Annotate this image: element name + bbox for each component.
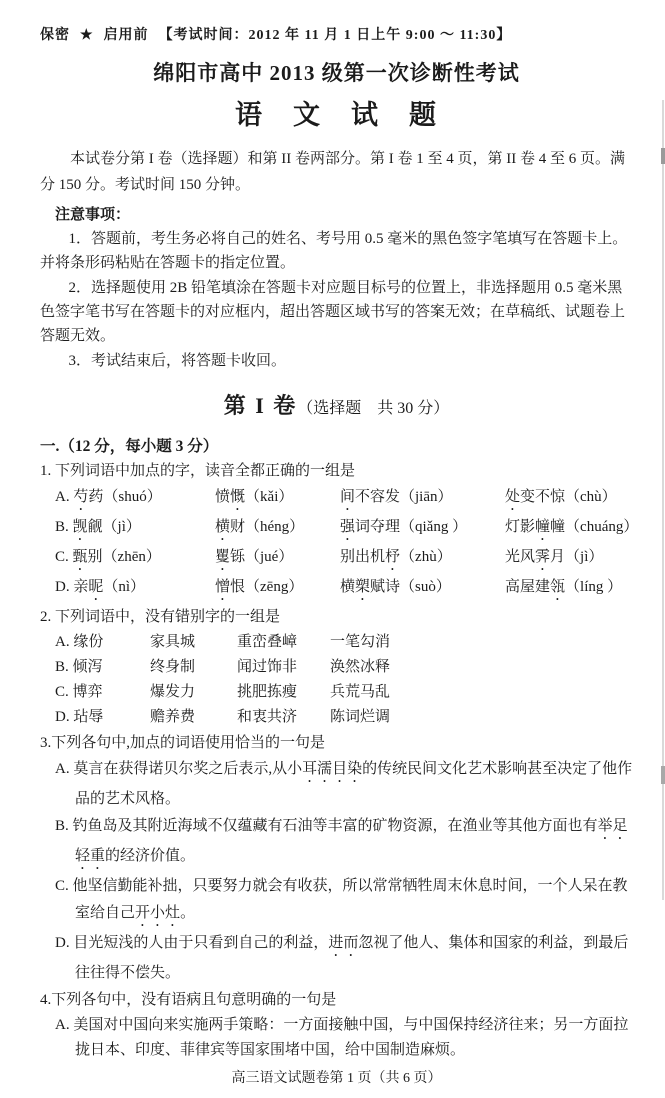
part-heading: 一.（12 分，每小题 3 分） bbox=[40, 436, 633, 458]
exam-time: 【考试时间：2012 年 11 月 1 日上午 9:00 ～ 11:30】 bbox=[159, 28, 512, 43]
scan-mark-artifact bbox=[661, 766, 665, 784]
choice-cell: 横财（héng） bbox=[215, 514, 340, 544]
choice-cell: 兵荒马乱 bbox=[330, 680, 633, 705]
notices-heading: 注意事项： bbox=[55, 204, 633, 226]
choice-cell: 憎恨（zēng） bbox=[215, 574, 340, 604]
choice-cell: 别出机杼（zhù） bbox=[340, 544, 505, 574]
exam-page: 保密★启用前【考试时间：2012 年 11 月 1 日上午 9:00 ～ 11:… bbox=[0, 0, 665, 1089]
option-B: B. 钓鱼岛及其附近海域不仅蕴藏有石油等丰富的矿物资源，在渔业等其他方面也有举足… bbox=[40, 813, 633, 873]
question-4-stem: 4.下列各句中，没有语病且句意明确的一句是 bbox=[40, 988, 633, 1013]
intro-paragraph: 本试卷分第 I 卷（选择题）和第 II 卷两部分。第 I 卷 1 至 4 页，第… bbox=[40, 146, 633, 198]
question-2: 2. 下列词语中，没有错别字的一组是 A. 缘份家具城重峦叠嶂一笔勾消B. 倾泻… bbox=[40, 605, 633, 730]
choice-cell: 光风霁月（jì） bbox=[505, 544, 633, 574]
option-D: D. 目光短浅的人由于只看到自己的利益，进而忽视了他人、集体和国家的利益，到最后… bbox=[40, 930, 633, 987]
choice-cell: 愤慨（kǎi） bbox=[215, 484, 340, 514]
star-icon: ★ bbox=[80, 28, 94, 43]
choice-cell: 终身制 bbox=[150, 655, 237, 680]
choice-cell: A. 缘份 bbox=[55, 630, 150, 655]
choice-cell: D. 亲昵（nì） bbox=[55, 574, 215, 604]
pre-use-label: 启用前 bbox=[104, 28, 149, 43]
question-3-stem: 3.下列各句中,加点的词语使用恰当的一句是 bbox=[40, 731, 633, 756]
option-label: B. bbox=[55, 818, 69, 834]
page-footer: 高三语文试题卷第 1 页（共 6 页） bbox=[40, 1069, 633, 1089]
choice-row-B: B. 倾泻终身制闻过饰非涣然冰释 bbox=[55, 655, 633, 680]
notice-item-3: 3．考试结束后，将答题卡收回。 bbox=[40, 349, 633, 373]
choice-cell: 陈词烂调 bbox=[330, 705, 633, 730]
choice-row-D: D. 亲昵（nì）憎恨（zēng）横槊赋诗（suò）高屋建瓴（líng ） bbox=[55, 574, 633, 604]
choice-cell: 闻过饰非 bbox=[237, 655, 330, 680]
choice-row-C: C. 甄别（zhēn）矍铄（jué）别出机杼（zhù）光风霁月（jì） bbox=[55, 544, 633, 574]
question-1: 1. 下列词语中加点的字，读音全都正确的一组是 A. 芍药（shuó）愤慨（kǎ… bbox=[40, 459, 633, 604]
choice-cell: 赡养费 bbox=[150, 705, 237, 730]
question-1-choices: A. 芍药（shuó）愤慨（kǎi）间不容发（jiān）处变不惊（chù）B. … bbox=[55, 484, 633, 604]
option-label: A. bbox=[55, 761, 70, 777]
choice-cell: 强词夺理（qiǎng ） bbox=[340, 514, 505, 544]
choice-cell: 间不容发（jiān） bbox=[340, 484, 505, 514]
option-label: A. bbox=[55, 1017, 70, 1033]
security-label: 保密 bbox=[40, 28, 70, 43]
choice-row-A: A. 芍药（shuó）愤慨（kǎi）间不容发（jiān）处变不惊（chù） bbox=[55, 484, 633, 514]
option-label: C. bbox=[55, 878, 69, 894]
choice-cell: 处变不惊（chù） bbox=[505, 484, 633, 514]
choice-cell: 高屋建瓴（líng ） bbox=[505, 574, 633, 604]
choice-cell: D. 玷辱 bbox=[55, 705, 150, 730]
volume-title: 第 I 卷 bbox=[224, 393, 298, 418]
choice-cell: 矍铄（jué） bbox=[215, 544, 340, 574]
choice-cell: A. 芍药（shuó） bbox=[55, 484, 215, 514]
option-A: A. 莫言在获得诺贝尔奖之后表示,从小耳濡目染的传统民间文化艺术影响甚至决定了他… bbox=[40, 756, 633, 813]
notices-section: 注意事项： 1．答题前，考生务必将自己的姓名、考号用 0.5 毫米的黑色签字笔填… bbox=[40, 204, 633, 373]
choice-cell: 横槊赋诗（suò） bbox=[340, 574, 505, 604]
volume-note: （选择题 共 30 分） bbox=[297, 400, 449, 417]
choice-cell: C. 博弈 bbox=[55, 680, 150, 705]
option-C: C. 他坚信勤能补拙，只要努力就会有收获，所以常常牺牲周末休息时间，一个人呆在教… bbox=[40, 873, 633, 930]
question-3-options: A. 莫言在获得诺贝尔奖之后表示,从小耳濡目染的传统民间文化艺术影响甚至决定了他… bbox=[40, 756, 633, 987]
choice-row-D: D. 玷辱赡养费和衷共济陈词烂调 bbox=[55, 705, 633, 730]
choice-cell: 灯影幢幢（chuáng） bbox=[505, 514, 638, 544]
choice-cell: B. 倾泻 bbox=[55, 655, 150, 680]
option-A: A. 美国对中国向来实施两手策略：一方面接触中国，与中国保持经济往来；另一方面拉… bbox=[40, 1013, 633, 1063]
scan-mark-artifact bbox=[661, 148, 665, 164]
question-3: 3.下列各句中,加点的词语使用恰当的一句是 A. 莫言在获得诺贝尔奖之后表示,从… bbox=[40, 731, 633, 987]
notice-item-2: 2．选择题使用 2B 铅笔填涂在答题卡对应题目标号的位置上，非选择题用 0.5 … bbox=[40, 276, 633, 348]
choice-cell: 爆发力 bbox=[150, 680, 237, 705]
exam-subtitle: 语 文 试 题 bbox=[40, 97, 633, 133]
choice-row-B: B. 觊觎（jì）横财（héng）强词夺理（qiǎng ）灯影幢幢（chuáng… bbox=[55, 514, 633, 544]
security-banner: 保密★启用前【考试时间：2012 年 11 月 1 日上午 9:00 ～ 11:… bbox=[40, 26, 633, 46]
choice-cell: 挑肥拣瘦 bbox=[237, 680, 330, 705]
choice-cell: C. 甄别（zhēn） bbox=[55, 544, 215, 574]
volume-heading: 第 I 卷（选择题 共 30 分） bbox=[40, 389, 633, 426]
question-2-stem: 2. 下列词语中，没有错别字的一组是 bbox=[40, 605, 633, 630]
choice-cell: 家具城 bbox=[150, 630, 237, 655]
notice-item-1: 1．答题前，考生务必将自己的姓名、考号用 0.5 毫米的黑色签字笔填写在答题卡上… bbox=[40, 227, 633, 275]
option-label: D. bbox=[55, 935, 70, 951]
question-2-choices: A. 缘份家具城重峦叠嶂一笔勾消B. 倾泻终身制闻过饰非涣然冰释C. 博弈爆发力… bbox=[55, 630, 633, 730]
choice-cell: 重峦叠嶂 bbox=[237, 630, 330, 655]
question-4: 4.下列各句中，没有语病且句意明确的一句是 A. 美国对中国向来实施两手策略：一… bbox=[40, 988, 633, 1063]
choice-cell: 一笔勾消 bbox=[330, 630, 633, 655]
exam-title: 绵阳市高中 2013 级第一次诊断性考试 bbox=[40, 58, 633, 88]
choice-cell: B. 觊觎（jì） bbox=[55, 514, 215, 544]
choice-row-A: A. 缘份家具城重峦叠嶂一笔勾消 bbox=[55, 630, 633, 655]
choice-row-C: C. 博弈爆发力挑肥拣瘦兵荒马乱 bbox=[55, 680, 633, 705]
question-1-stem: 1. 下列词语中加点的字，读音全都正确的一组是 bbox=[40, 459, 633, 484]
question-4-options: A. 美国对中国向来实施两手策略：一方面接触中国，与中国保持经济往来；另一方面拉… bbox=[40, 1013, 633, 1063]
choice-cell: 涣然冰释 bbox=[330, 655, 633, 680]
choice-cell: 和衷共济 bbox=[237, 705, 330, 730]
